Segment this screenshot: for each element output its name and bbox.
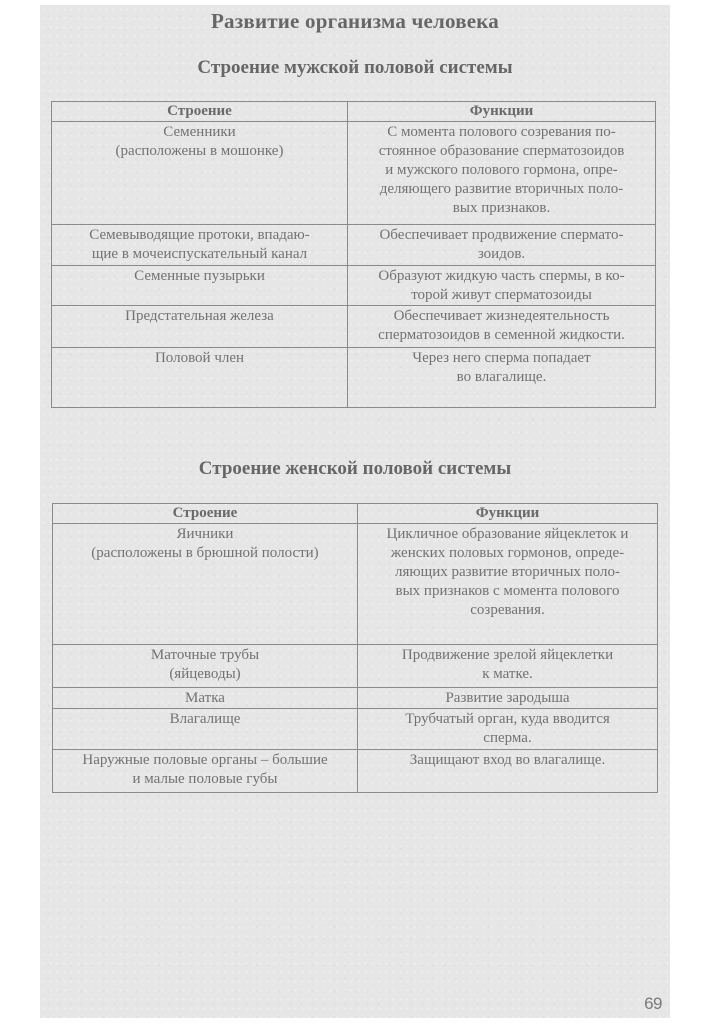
male-section-title: Строение мужской половой системы [40,57,670,79]
structure-cell: Влагалище [53,709,358,750]
column-header-structure: Строение [52,102,348,122]
table-row: Семенники (расположены в мошонке) С моме… [52,122,656,225]
function-cell: Продвижение зрелой яйцеклетки к матке. [358,645,658,688]
function-cell: С момента полового созревания по- стоянн… [348,122,656,225]
structure-cell: Семевыводящие протоки, впадаю- щие в моч… [52,225,348,266]
table-row: Семенные пузырьки Образуют жидкую часть … [52,266,656,306]
function-cell: Обеспечивает продвижение спермато- зоидо… [348,225,656,266]
structure-cell: Наружные половые органы – большие и малы… [53,750,358,793]
function-cell: Через него сперма попадает во влагалище. [348,348,656,408]
table-row: Влагалище Трубчатый орган, куда вводится… [53,709,658,750]
structure-cell: Маточные трубы (яйцеводы) [53,645,358,688]
female-section-title: Строение женской половой системы [40,458,670,480]
table-row: Матка Развитие зародыша [53,688,658,709]
page-number: 69 [644,994,662,1014]
table-header-row: Строение Функции [53,504,658,524]
column-header-function: Функции [348,102,656,122]
function-cell: Развитие зародыша [358,688,658,709]
column-header-structure: Строение [53,504,358,524]
function-cell: Защищают вход во влагалище. [358,750,658,793]
table-header-row: Строение Функции [52,102,656,122]
function-cell: Обеспечивает жизнедеятельность сперматоз… [348,306,656,348]
table-row: Наружные половые органы – большие и малы… [53,750,658,793]
table-row: Предстательная железа Обеспечивает жизне… [52,306,656,348]
structure-cell: Матка [53,688,358,709]
table-row: Яичники (расположены в брюшной полости) … [53,524,658,645]
table-row: Половой член Через него сперма попадает … [52,348,656,408]
column-header-function: Функции [358,504,658,524]
page-title: Развитие организма человека [40,9,670,34]
function-cell: Трубчатый орган, куда вводится сперма. [358,709,658,750]
structure-cell: Предстательная железа [52,306,348,348]
structure-cell: Семенники (расположены в мошонке) [52,122,348,225]
book-page: Развитие организма человека Строение муж… [40,5,670,1018]
structure-cell: Яичники (расположены в брюшной полости) [53,524,358,645]
function-cell: Цикличное образование яйцеклеток и женск… [358,524,658,645]
table-row: Маточные трубы (яйцеводы) Продвижение зр… [53,645,658,688]
female-system-table: Строение Функции Яичники (расположены в … [52,503,658,793]
function-cell: Образуют жидкую часть спермы, в ко- торо… [348,266,656,306]
table-row: Семевыводящие протоки, впадаю- щие в моч… [52,225,656,266]
structure-cell: Семенные пузырьки [52,266,348,306]
male-system-table: Строение Функции Семенники (расположены … [51,101,656,408]
structure-cell: Половой член [52,348,348,408]
